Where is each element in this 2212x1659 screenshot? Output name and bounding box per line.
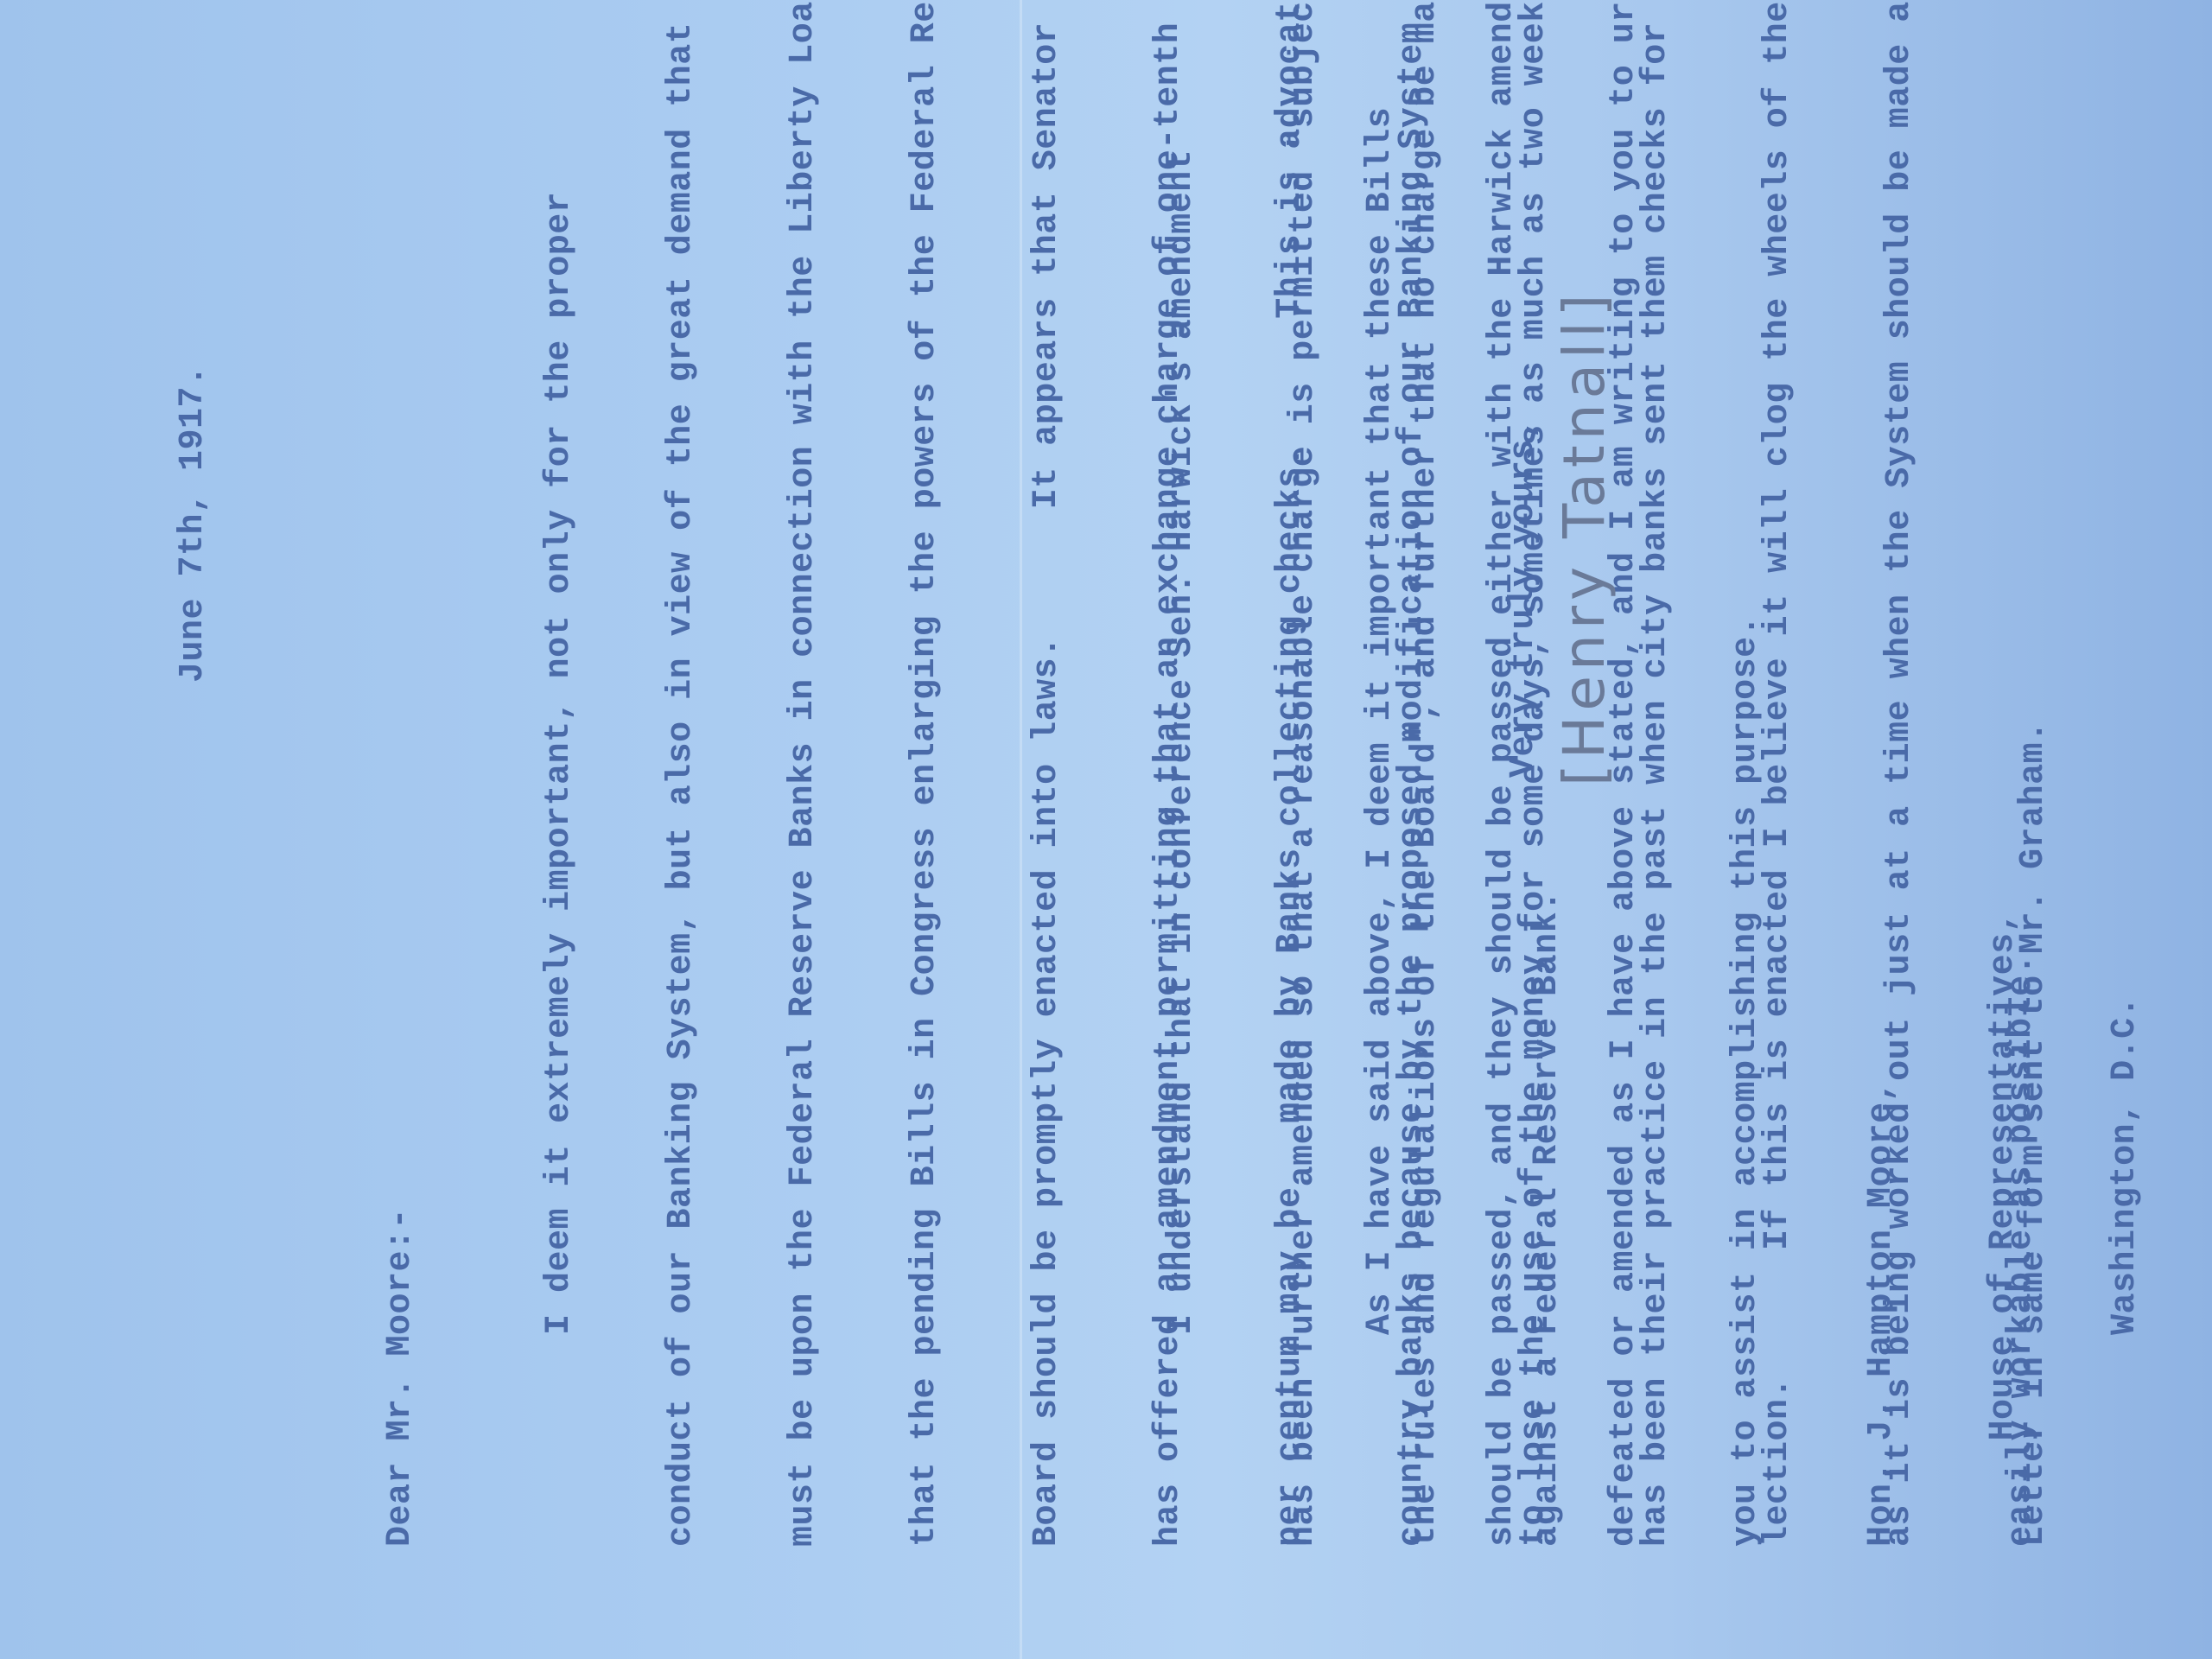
p1-line: conduct of our Banking System, but also … bbox=[661, 60, 702, 1547]
address-line: Hon. J. Hampton Moore, bbox=[1861, 912, 1902, 1547]
p3-line: defeated or amended as I have above stat… bbox=[1604, 60, 1644, 1547]
p1-line: must be upon the Federal Reserve Banks i… bbox=[783, 60, 823, 1547]
recipient-address: Hon. J. Hampton Moore, House of Represen… bbox=[1780, 912, 2212, 1547]
address-line: Washington, D.C. bbox=[2105, 912, 2145, 1547]
closing: Very truly yours, bbox=[1503, 417, 1544, 778]
p1-line: Board should be promptly enacted into la… bbox=[1027, 60, 1067, 1547]
letter-date: June 7th, 1917. bbox=[173, 365, 213, 683]
letter-sheet: June 7th, 1917. Dear Mr. Moore:- I deem … bbox=[0, 0, 2212, 1659]
p3-line: should be passed, and they should be pas… bbox=[1482, 60, 1522, 1547]
p3-line: you to assist in accomplishing this purp… bbox=[1726, 60, 1766, 1547]
p2-line: I understand that in conference Sen. Har… bbox=[1161, 60, 1202, 1547]
paragraph-3: As I have said above, I deem it importan… bbox=[1279, 60, 1847, 1547]
p1-line: that the pending Bills in Congress enlar… bbox=[905, 60, 945, 1547]
salutation: Dear Mr. Moore:- bbox=[380, 1208, 421, 1547]
copy-note: Letter in same form sent to Mr. Graham. bbox=[2013, 721, 2054, 1547]
p3-line: As I have said above, I deem it importan… bbox=[1360, 60, 1401, 1547]
p1-line: I deem it extremely important, not only … bbox=[539, 60, 580, 1547]
handwritten-signature: [Henry Tatnall] bbox=[1564, 289, 1605, 786]
